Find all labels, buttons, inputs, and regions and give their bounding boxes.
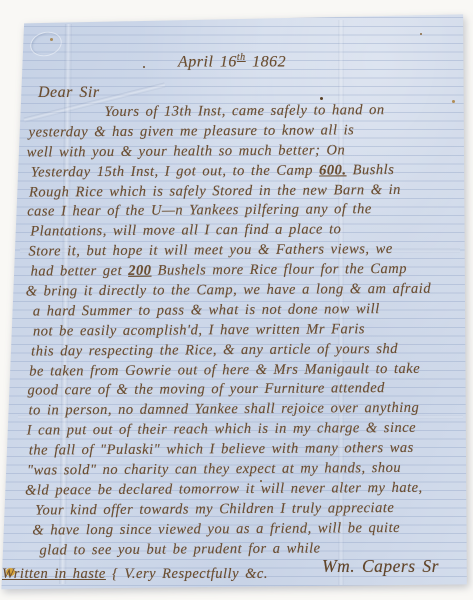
- letter-line: the fall of "Pulaski" which I believe wi…: [29, 439, 473, 462]
- embossed-stamp: [27, 28, 64, 59]
- letter-date: April 16th 1862: [178, 52, 286, 71]
- underlined-quantity: 200: [128, 263, 151, 279]
- letter-body: Yours of 13th Inst, came safely to hand …: [24, 100, 473, 561]
- foxing-spot: [230, 10, 234, 14]
- underlined-quantity: 600.: [319, 162, 346, 178]
- ordinal-suffix: th: [237, 52, 246, 63]
- letter-line: be taken from Gowrie out of here & Mrs M…: [29, 359, 473, 382]
- foxing-spot: [85, 9, 87, 11]
- scanned-letter: April 16th 1862 Dear Sir Yours of 13th I…: [0, 0, 473, 600]
- letter-line: & bring it directly to the Camp, we have…: [26, 279, 473, 302]
- signature: Wm. Capers Sr: [322, 556, 439, 577]
- closing-line: Written in haste { V.ery Respectfully &c…: [2, 566, 268, 583]
- letter-salutation: Dear Sir: [38, 84, 100, 102]
- written-in-haste: Written in haste: [2, 566, 106, 582]
- letter-line: Yours of 13th Inst, came safely to hand …: [104, 100, 471, 122]
- letter-line: &ld peace be declared tomorrow it will n…: [25, 478, 473, 501]
- foxing-spot: [4, 90, 9, 98]
- letter-paper: April 16th 1862 Dear Sir Yours of 13th I…: [0, 0, 473, 600]
- foxing-spot: [143, 66, 145, 68]
- foxing-spot: [320, 97, 323, 100]
- foxing-spot: [420, 33, 422, 35]
- paper-shadow: April 16th 1862 Dear Sir Yours of 13th I…: [0, 0, 473, 600]
